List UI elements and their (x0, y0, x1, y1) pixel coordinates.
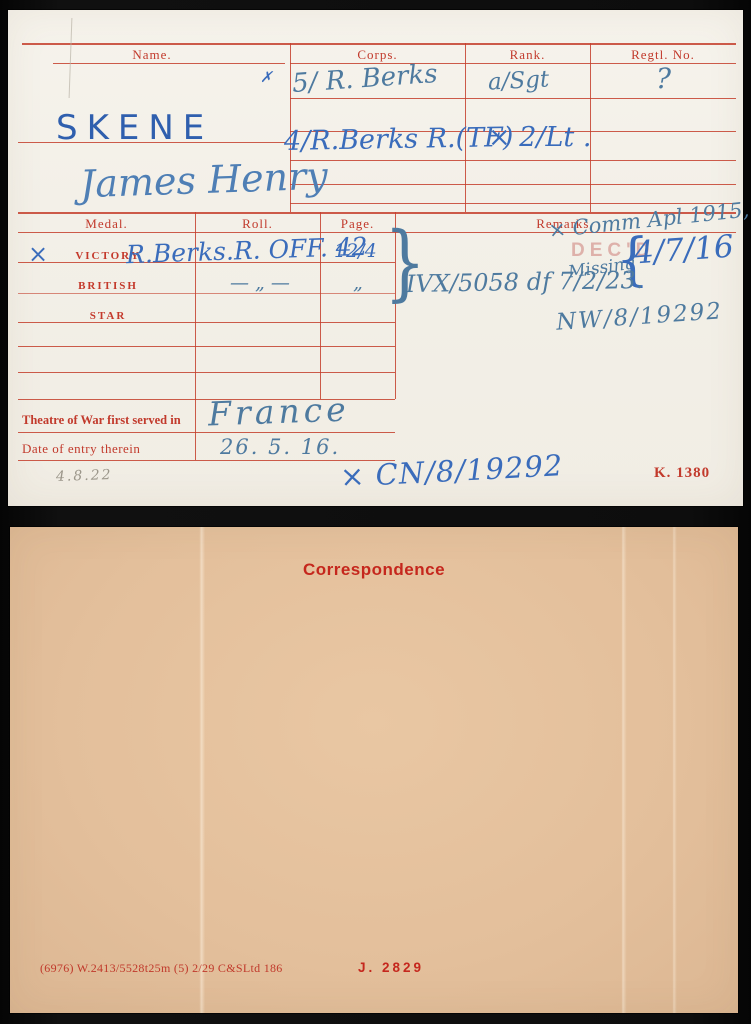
theatre-of-war-label: Theatre of War first served in (22, 413, 202, 428)
star-medal-label: STAR (38, 310, 178, 322)
rule-corps-row1 (290, 98, 736, 99)
rule-corps-row4 (290, 184, 736, 185)
regtl-no-column-header: Regtl. No. (590, 47, 736, 63)
job-number: J. 2829 (358, 960, 424, 975)
corps-column-header: Corps. (290, 47, 465, 63)
rank-entry-2: × 2/Lt . (488, 122, 591, 153)
name-column-header: Name. (18, 47, 286, 63)
medal-index-card-front: Name. Corps. Rank. Regtl. No. Medal. Rol… (8, 10, 743, 506)
theatre-value-handwritten: France (207, 390, 350, 434)
rule-top (22, 43, 736, 45)
rule-corps-row5 (290, 203, 736, 204)
entry-date-handwritten: 26. 5. 16. (220, 435, 340, 459)
british-page-ditto: „ (353, 272, 363, 294)
pencil-date-note: 4.8.22 (56, 467, 113, 485)
medal-column-header: Medal. (18, 216, 195, 232)
rule-under-rank (465, 63, 590, 64)
victory-roll-entry: R.Berks.R. OFF. 42 (126, 232, 368, 269)
corps-entry-1: 5/ R. Berks (291, 59, 438, 99)
victory-page-entry: 12/4 (334, 240, 377, 262)
rank-entry-1: a/Sgt (487, 66, 549, 95)
name-check-mark: ✗ (260, 68, 273, 86)
card-reference-number: K. 1380 (654, 465, 710, 482)
british-medal-label: BRITISH (38, 280, 178, 292)
reference-note-handwritten: IVX/5058 df 7/2/23. (406, 266, 644, 298)
surname-handwritten: SKENE (56, 108, 213, 148)
rule-empty-row1 (18, 346, 395, 347)
rule-under-name (53, 63, 285, 64)
rank-column-header: Rank. (465, 47, 590, 63)
rule-british-row (18, 293, 395, 294)
rule-empty-row2 (18, 372, 395, 373)
rule-corps-row3 (290, 160, 736, 161)
printer-code: (6976) W.2413/5528t25m (5) 2/29 C&SLtd 1… (40, 961, 283, 976)
corps-entry-2: 4/R.Berks R.(TF) (284, 122, 514, 157)
date-of-entry-label: Date of entry therein (22, 441, 202, 457)
roll-column-header: Roll. (195, 216, 320, 232)
medal-index-card-back: Correspondence (6976) W.2413/5528t25m (5… (10, 527, 738, 1013)
rule-star-row (18, 322, 395, 323)
regtl-no-entry-1: ? (656, 62, 671, 95)
blue-reference-handwritten: × CN/8/19292 (339, 448, 564, 494)
casualty-date-handwritten: 4/7/16 (633, 229, 735, 272)
rule-theatre-row (18, 432, 395, 433)
forenames-handwritten: James Henry (79, 154, 328, 207)
scan-background: Name. Corps. Rank. Regtl. No. Medal. Rol… (0, 0, 751, 1024)
british-roll-ditto: — „ — (230, 272, 290, 294)
correspondence-title: Correspondence (10, 560, 738, 580)
nw-reference-handwritten: NW/8/19292 (555, 298, 723, 336)
